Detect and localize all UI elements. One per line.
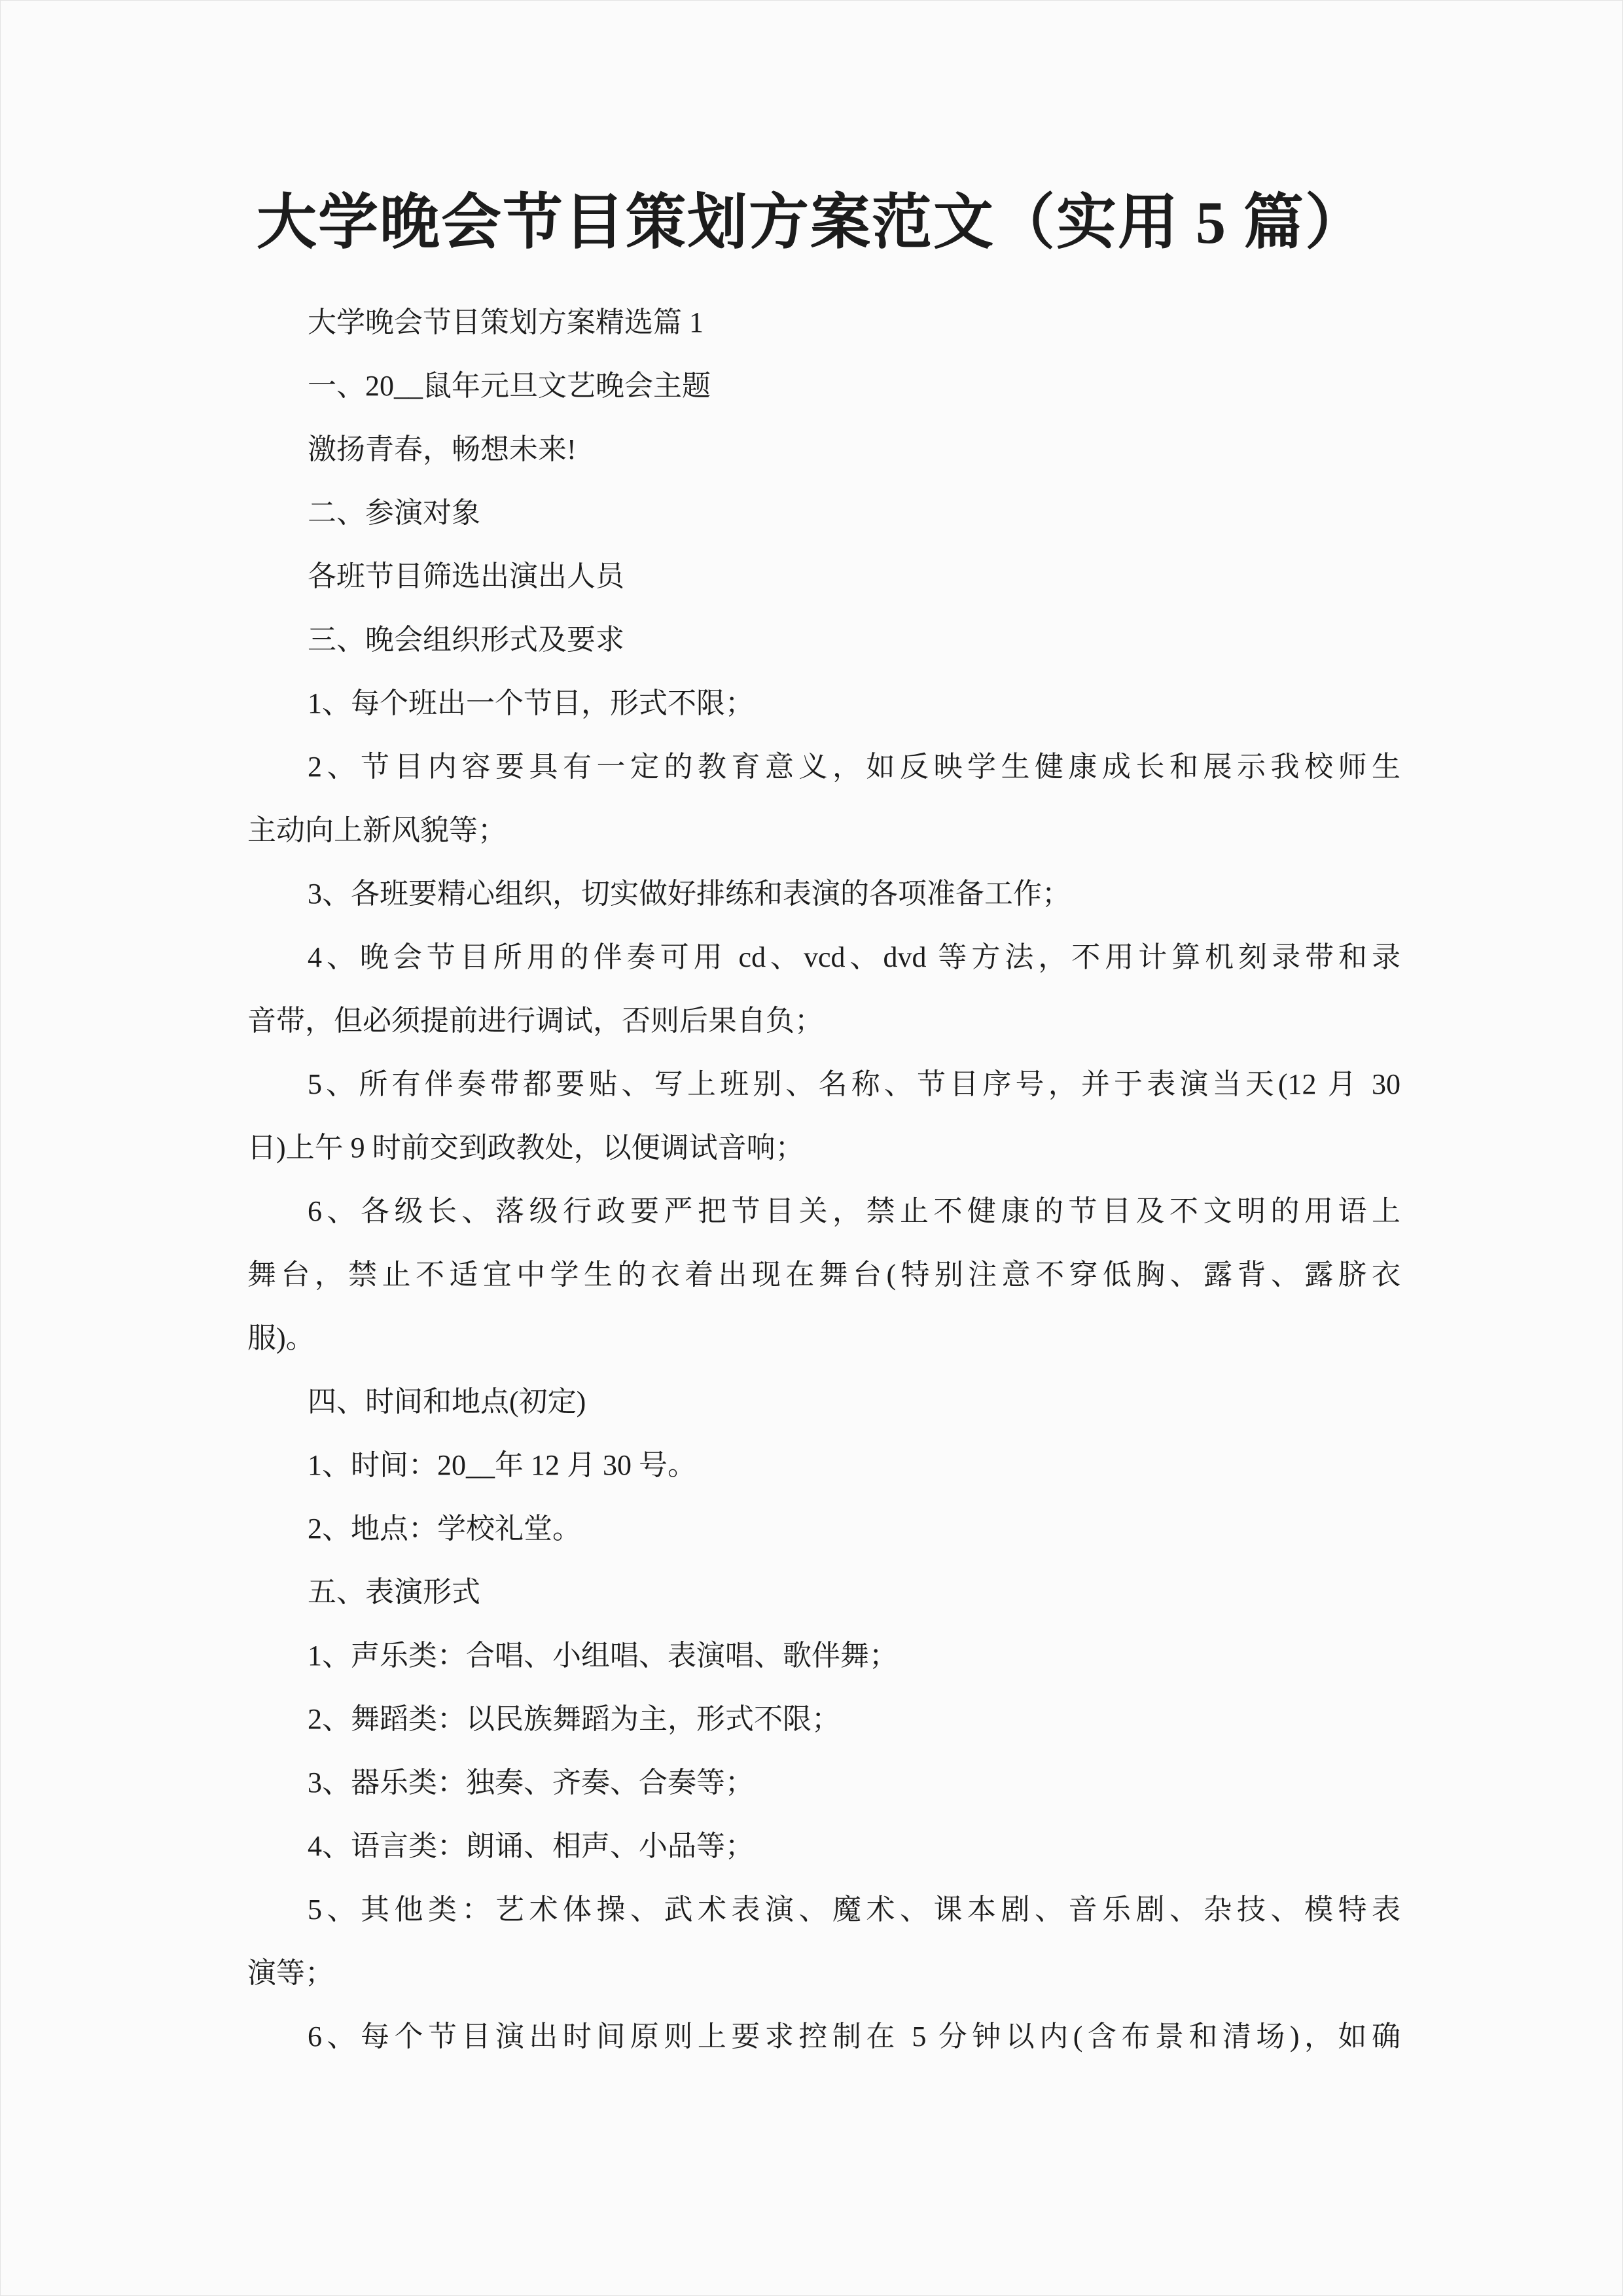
document-line: 2、地点：学校礼堂。 <box>247 1497 1400 1560</box>
document-line: 4、晚会节目所用的伴奏可用 cd、vcd、dvd 等方法，不用计算机刻录带和录 <box>247 925 1400 989</box>
document-page: 大学晚会节目策划方案范文（实用 5 篇） 大学晚会节目策划方案精选篇 1一、20… <box>0 0 1623 2296</box>
document-line: 6、各级长、落级行政要严把节目关，禁止不健康的节目及不文明的用语上 <box>247 1179 1400 1243</box>
document-line: 服)。 <box>247 1306 1400 1370</box>
document-line: 3、器乐类：独奏、齐奏、合奏等； <box>247 1751 1400 1814</box>
document-line: 一、20__鼠年元旦文艺晚会主题 <box>247 354 1400 418</box>
document-line: 1、声乐类：合唱、小组唱、表演唱、歌伴舞； <box>247 1624 1400 1687</box>
document-line: 主动向上新风貌等； <box>247 798 1400 862</box>
document-line: 五、表演形式 <box>247 1560 1400 1624</box>
document-line: 演等； <box>247 1941 1400 2005</box>
document-line: 5、所有伴奏带都要贴、写上班别、名称、节目序号，并于表演当天(12 月 30 <box>247 1052 1400 1116</box>
document-line: 1、每个班出一个节目，形式不限； <box>247 672 1400 735</box>
document-line: 各班节目筛选出演出人员 <box>247 545 1400 608</box>
document-line: 5、其他类：艺术体操、武术表演、魔术、课本剧、音乐剧、杂技、模特表 <box>247 1878 1400 1941</box>
document-line: 三、晚会组织形式及要求 <box>247 608 1400 672</box>
document-title: 大学晚会节目策划方案范文（实用 5 篇） <box>124 183 1499 262</box>
document-line: 2、节目内容要具有一定的教育意义，如反映学生健康成长和展示我校师生 <box>247 735 1400 798</box>
document-body: 大学晚会节目策划方案精选篇 1一、20__鼠年元旦文艺晚会主题激扬青春，畅想未来… <box>247 291 1400 2068</box>
document-line: 6、每个节目演出时间原则上要求控制在 5 分钟以内(含布景和清场)，如确 <box>247 2005 1400 2068</box>
document-line: 四、时间和地点(初定) <box>247 1370 1400 1433</box>
document-line: 2、舞蹈类：以民族舞蹈为主，形式不限； <box>247 1687 1400 1751</box>
document-line: 大学晚会节目策划方案精选篇 1 <box>247 291 1400 354</box>
document-line: 音带，但必须提前进行调试，否则后果自负； <box>247 989 1400 1052</box>
document-line: 舞台，禁止不适宜中学生的衣着出现在舞台(特别注意不穿低胸、露背、露脐衣 <box>247 1243 1400 1306</box>
document-line: 日)上午 9 时前交到政教处，以便调试音响； <box>247 1116 1400 1179</box>
document-line: 3、各班要精心组织，切实做好排练和表演的各项准备工作； <box>247 862 1400 925</box>
document-line: 二、参演对象 <box>247 481 1400 545</box>
document-line: 激扬青春，畅想未来! <box>247 418 1400 481</box>
document-line: 1、时间：20__年 12 月 30 号。 <box>247 1433 1400 1497</box>
document-line: 4、语言类：朗诵、相声、小品等； <box>247 1814 1400 1878</box>
